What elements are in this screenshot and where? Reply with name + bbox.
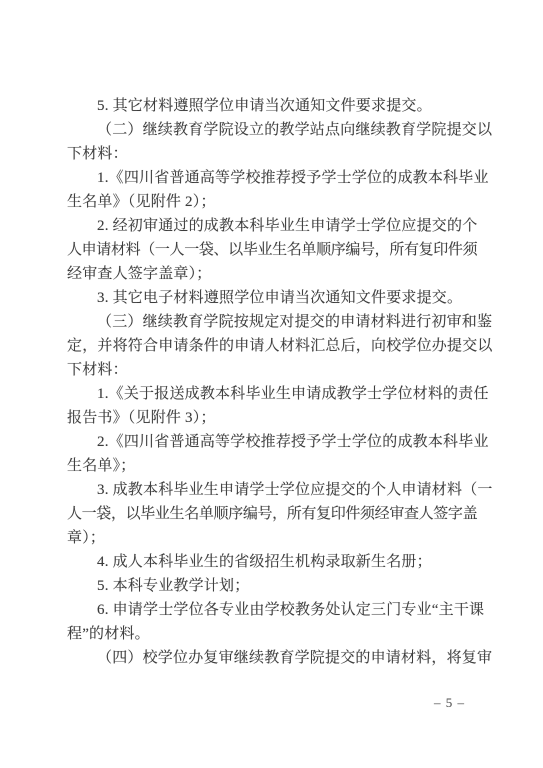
text-line: 5. 其它材料遵照学位申请当次通知文件要求提交。: [67, 94, 477, 118]
text-line: 报告书》（见附件 3）；: [67, 406, 477, 430]
text-line: 生名单》；: [67, 454, 477, 478]
text-line: 经审查人签字盖章）；: [67, 262, 477, 286]
text-line: 2. 经初审通过的成教本科毕业生申请学士学位应提交的个: [67, 214, 477, 238]
text-line: 3. 成教本科毕业生申请学士学位应提交的个人申请材料（一: [67, 478, 477, 502]
text-line: 6. 申请学士学位各专业由学校教务处认定三门专业“主干课: [67, 598, 477, 622]
text-line: 定，并将符合申请条件的申请人材料汇总后，向校学位办提交以: [67, 334, 477, 358]
text-line: （二）继续教育学院设立的教学站点向继续教育学院提交以: [67, 118, 477, 142]
text-line: 章）；: [67, 526, 477, 550]
text-line: 程”的材料。: [67, 622, 477, 646]
text-line: 1.《关于报送成教本科毕业生申请成教学士学位材料的责任: [67, 382, 477, 406]
text-line: 生名单》（见附件 2）；: [67, 190, 477, 214]
text-line: 2.《四川省普通高等学校推荐授予学士学位的成教本科毕业: [67, 430, 477, 454]
text-line: 下材料：: [67, 142, 477, 166]
text-line: （四）校学位办复审继续教育学院提交的申请材料，将复审: [67, 646, 477, 670]
document-text-block: 5. 其它材料遵照学位申请当次通知文件要求提交。 （二）继续教育学院设立的教学站…: [67, 94, 477, 670]
text-line: 5. 本科专业教学计划；: [67, 574, 477, 598]
document-page: 5. 其它材料遵照学位申请当次通知文件要求提交。 （二）继续教育学院设立的教学站…: [0, 0, 543, 768]
text-line: 人一袋，以毕业生名单顺序编号，所有复印件须经审查人签字盖: [67, 502, 477, 526]
text-line: 3. 其它电子材料遵照学位申请当次通知文件要求提交。: [67, 286, 477, 310]
page-number: – 5 –: [434, 695, 465, 711]
text-line: 人申请材料（一人一袋、以毕业生名单顺序编号，所有复印件须: [67, 238, 477, 262]
text-line: 4. 成人本科毕业生的省级招生机构录取新生名册；: [67, 550, 477, 574]
text-line: （三）继续教育学院按规定对提交的申请材料进行初审和鉴: [67, 310, 477, 334]
text-line: 下材料：: [67, 358, 477, 382]
text-line: 1.《四川省普通高等学校推荐授予学士学位的成教本科毕业: [67, 166, 477, 190]
